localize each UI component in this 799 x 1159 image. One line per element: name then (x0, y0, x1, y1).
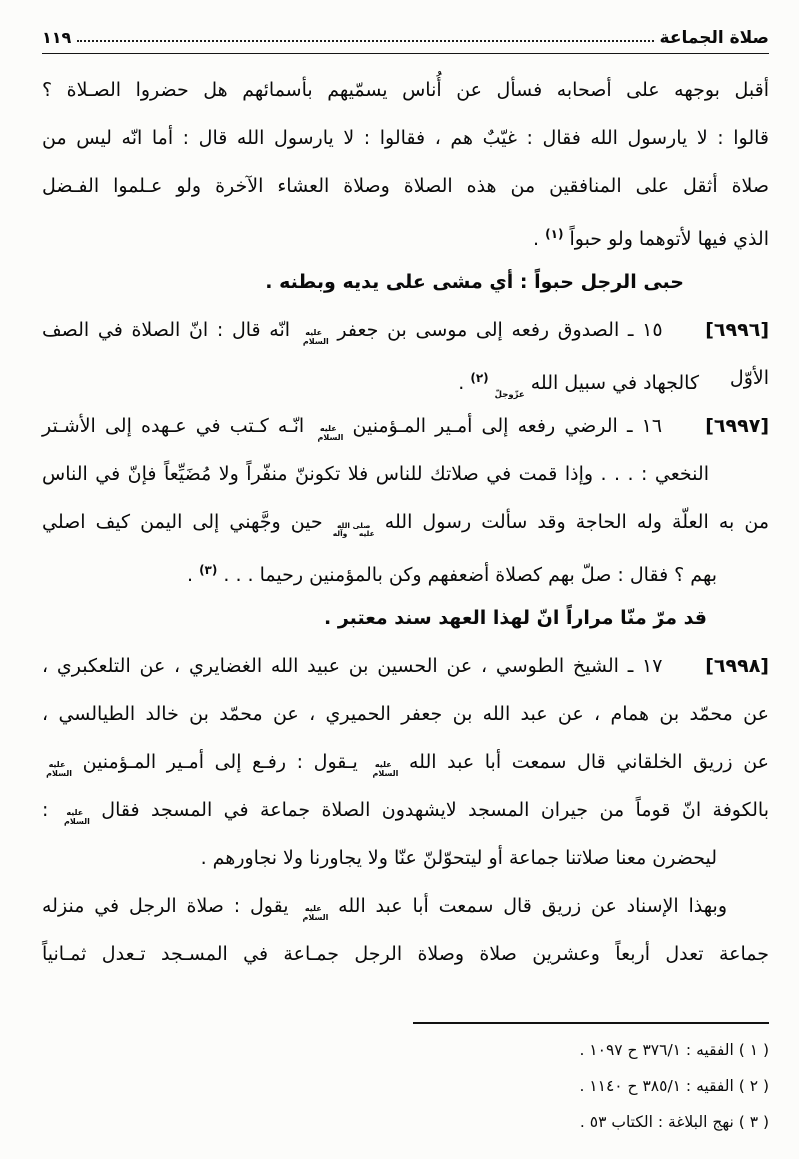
running-head: صلاة الجماعة ١١٩ (42, 16, 769, 48)
hadith-serial-number: [٦٩٩٧] (705, 415, 769, 437)
footnote-item: ( ٣ ) نهج البلاغة : الكتاب ٥٣ . (42, 1104, 769, 1140)
honorific-stamp: عليه السلام (313, 425, 343, 443)
body-line: ليحضرن معنا صلاتنا جماعة أو ليتحوّلنّ عن… (42, 834, 769, 882)
hadith-serial-number: [٦٩٩٦] (705, 319, 769, 341)
commentary-line: حبى الرجل حبواً : أي مشى على يديه وبطنه … (42, 258, 769, 306)
body-line: قالوا : لا يارسول الله فقال : غيّبٌ هم ،… (42, 114, 769, 162)
honorific-stamp: عليه السلام (368, 761, 398, 779)
page-number: ١١٩ (42, 28, 71, 48)
body-line: عن زريق الخلقاني قال سمعت أبا عبد الله ع… (42, 738, 769, 786)
honorific-stamp: صلى الله عليه وآله (333, 522, 375, 539)
body-line: عن محمّد بن همام ، عن عبد الله بن جعفر ا… (42, 690, 769, 738)
honorific-stamp: عليه السلام (60, 809, 90, 827)
honorific-stamp: عليه السلام (298, 905, 328, 923)
footnote-marker: (١) (545, 227, 563, 241)
hadith-heading-line: [٦٩٩٨] ١٧ ـ الشيخ الطوسي ، عن الحسين بن … (42, 642, 769, 690)
footnote-item: ( ١ ) الفقيه : ٣٧٦/١ ح ١٠٩٧ . (42, 1032, 769, 1068)
commentary-line: قد مرّ منّا مراراً انّ لهذا العهد سند مع… (42, 594, 769, 642)
body-line: النخعي : . . . وإذا قمت في صلاتك للناس ف… (42, 450, 769, 498)
body-line: الذي فيها لأتوهما ولو حبواً (١) . (42, 210, 769, 258)
hadith-heading-line: [٦٩٩٧] ١٦ ـ الرضي رفعه إلى أمـير المـؤمن… (42, 402, 769, 450)
body-line: جماعة تعدل أربعاً وعشرين صلاة وصلاة الرج… (42, 930, 769, 978)
hadith-heading-line: [٦٩٩٦] ١٥ ـ الصدوق رفعه إلى موسى بن جعفر… (42, 306, 769, 354)
honorific-stamp: عليه السلام (42, 761, 72, 779)
body-line: صلاة أثقل على المنافقين من هذه الصلاة وص… (42, 162, 769, 210)
honorific-stamp: عليه السلام (299, 329, 329, 347)
footnote-marker: (٢) (470, 371, 488, 385)
hadith-serial-number: [٦٩٩٨] (705, 655, 769, 677)
footnote-item: ( ٢ ) الفقيه : ٣٨٥/١ ح ١١٤٠ . (42, 1068, 769, 1104)
body-line: بالكوفة انّ قوماً من جيران المسجد لايشهد… (42, 786, 769, 834)
page-body: أقبل بوجهه على أصحابه فسأل عن أُناس يسمّ… (42, 54, 769, 978)
footnotes: ( ١ ) الفقيه : ٣٧٦/١ ح ١٠٩٧ . ( ٢ ) الفق… (42, 1024, 769, 1140)
body-line: وبهذا الإسناد عن زريق قال سمعت أبا عبد ا… (42, 882, 769, 930)
body-line: أقبل بوجهه على أصحابه فسأل عن أُناس يسمّ… (42, 66, 769, 114)
book-page: صلاة الجماعة ١١٩ أقبل بوجهه على أصحابه ف… (0, 0, 799, 1159)
section-title: صلاة الجماعة (660, 28, 769, 48)
dot-leader (77, 40, 653, 42)
honorific-stamp: عزّوجلّ (495, 391, 525, 400)
body-line: بهم ؟ فقال : صلّ بهم كصلاة أضعفهم وكن با… (42, 546, 769, 594)
body-line: كالجهاد في سبيل الله عزّوجلّ (٢) . (42, 354, 769, 402)
body-line: من به العلّة وله الحاجة وقد سألت رسول ال… (42, 498, 769, 546)
footnote-marker: (٣) (199, 563, 217, 577)
